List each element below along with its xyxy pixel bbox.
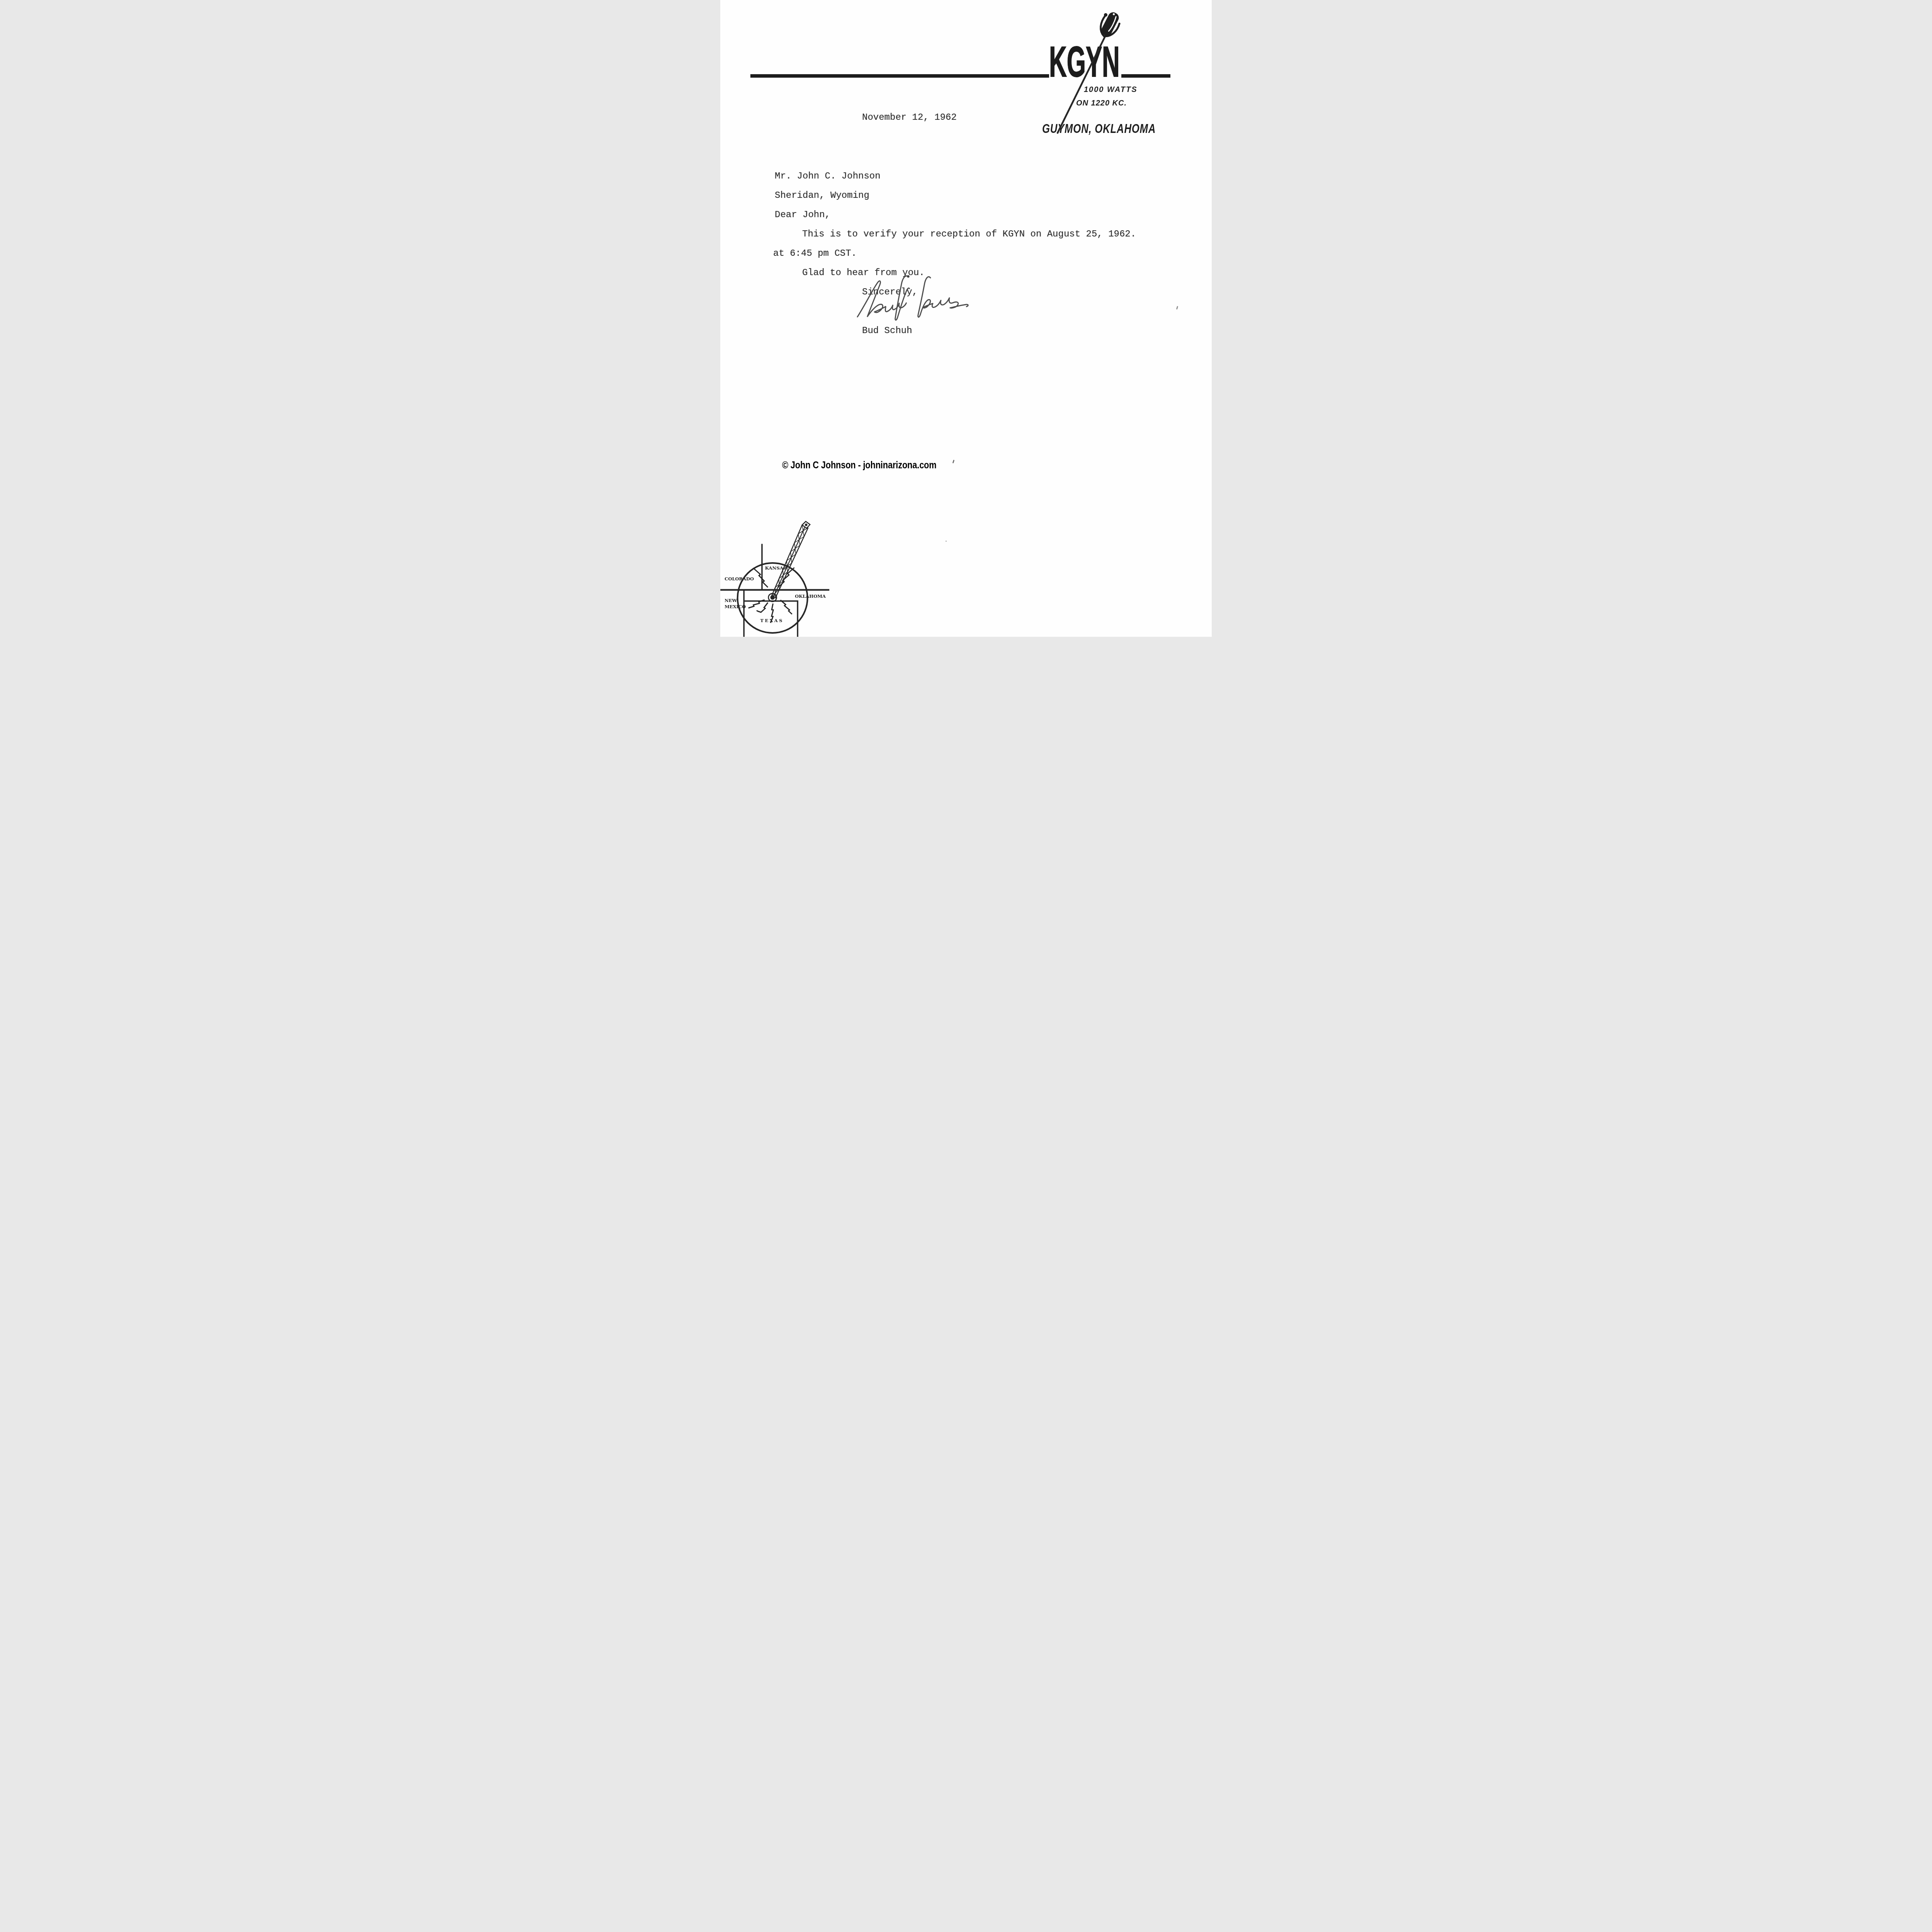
recipient-name: Mr. John C. Johnson [775,171,881,182]
map-label-mexico: MEXICO [724,604,746,609]
tagline-watts: 1000 WATTS [1084,86,1138,94]
scan-speck [952,460,955,463]
body-line-1: This is to verify your reception of KGYN… [802,229,1136,240]
mic-capsule [1095,9,1123,40]
recipient-city: Sheridan, Wyoming [775,190,869,201]
map-label-kansas: KANSAS [765,565,787,571]
coverage-map: KANSAS COLORADO NEW MEXICO OKLAHOMA TEXA… [720,510,841,637]
letterhead-rule-right [1121,74,1170,78]
radio-tower-icon [771,522,810,599]
letterhead-rule-left [750,74,1049,78]
body-line-2: at 6:45 pm CST. [773,248,857,259]
salutation: Dear John, [775,210,830,221]
transmitter-hub-dot [770,595,775,600]
map-label-colorado: COLORADO [724,576,754,582]
typed-signed-name: Bud Schuh [862,326,912,337]
station-call-letters: KGYN [1049,46,1120,78]
scan-speck [946,541,947,542]
tagline-frequency: ON 1220 KC. [1076,99,1127,107]
station-location: GUYMON, OKLAHOMA [1042,122,1156,135]
copyright-watermark: © John C Johnson - johninarizona.com [782,459,937,471]
scan-speck [1176,306,1178,310]
map-label-oklahoma: OKLAHOMA [795,594,826,599]
map-label-new: NEW [724,598,737,603]
letter-date: November 12, 1962 [862,112,957,123]
scanned-letter-page: KGYN 1000 WATTS ON 1220 KC. GUYMON, OKLA… [720,0,1212,637]
map-label-texas: TEXAS [760,618,784,623]
signal-bolt-icons [748,568,794,623]
handwritten-signature [854,270,970,323]
